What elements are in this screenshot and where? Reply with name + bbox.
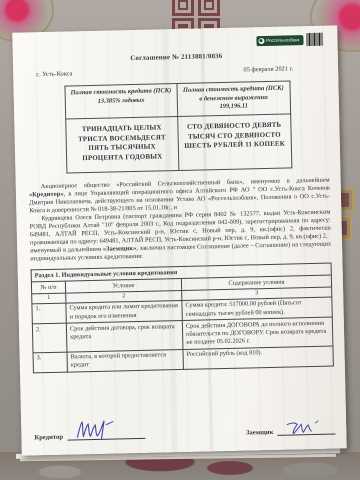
row-condition: Валюта, в которой предоставляется кредит	[67, 349, 183, 372]
signature-row: Кредитор Заемщик	[34, 421, 335, 442]
psk-right-words: СТО ДЕВЯНОСТО ДЕВЯТЬ ТЫСЯЧ СТО ДЕВЯНОСТО…	[178, 114, 292, 170]
header-num: № п/п	[31, 281, 65, 294]
psk-right-title: Полная стоимость кредита (ПСК) в денежно…	[177, 81, 290, 116]
psk-left-value: 13.385% годовых	[98, 96, 145, 104]
creditor-signature-line	[67, 425, 145, 441]
row-content: Срок действия ДОГОВОРА до полного исполн…	[182, 317, 333, 349]
borrower-signature-icon	[283, 418, 327, 437]
conditions-table: Раздел 1. Индивидуальные условия кредито…	[31, 263, 334, 374]
bank-emblem-icon	[258, 38, 264, 44]
bank-header: Россельхозбанк	[256, 33, 324, 48]
creditor-label: Кредитор	[34, 434, 63, 442]
place-label: с. Усть-Кокса	[36, 70, 72, 78]
document-page: Россельхозбанк Соглашение № 2113881/0036…	[12, 25, 347, 455]
meander-pattern	[198, 0, 220, 16]
agreement-title: Соглашение № 2113881/0036	[26, 51, 327, 65]
creditor-signature-block: Кредитор	[34, 425, 145, 442]
psk-right-value: 199,196.11	[219, 103, 248, 111]
row-num: 1.	[32, 303, 66, 324]
borrower-signature-block: Заемщик	[246, 421, 336, 437]
bank-name: Россельхозбанк	[266, 37, 299, 43]
date-label: 05 февраля 2021 г.	[243, 65, 293, 73]
creditor-signature-icon	[73, 418, 129, 441]
preamble: Акционерное общество «Российский Сельско…	[29, 176, 332, 263]
barcode-icon	[306, 33, 323, 46]
psk-left-words: ТРИНАДЦАТЬ ЦЕЛЫХ ТРИСТА ВОСЕМЬДЕСЯТ ПЯТЬ…	[65, 116, 179, 172]
row-num: 3.	[33, 352, 67, 373]
row-condition: Сумма кредита или лимит кредитования и п…	[66, 300, 182, 323]
borrower-label: Заемщик	[246, 429, 274, 437]
bank-logo: Россельхозбанк	[256, 35, 303, 46]
psk-table: Полная стоимость кредита (ПСК) 13.385% г…	[64, 80, 292, 173]
place-date-row: с. Усть-Кокса 05 февраля 2021 г.	[26, 65, 327, 79]
row-content: Российский рубль (код 810).	[183, 346, 333, 370]
psk-left-title: Полная стоимость кредита (ПСК) 13.385% г…	[64, 84, 177, 119]
row-num: 2.	[32, 323, 67, 352]
borrower-signature-line	[277, 421, 335, 436]
row-condition: Срок действия договора, срок возврата кр…	[66, 321, 183, 352]
photo-of-document: Россельхозбанк Соглашение № 2113881/0036…	[0, 0, 360, 480]
meander-pattern	[172, 0, 194, 16]
